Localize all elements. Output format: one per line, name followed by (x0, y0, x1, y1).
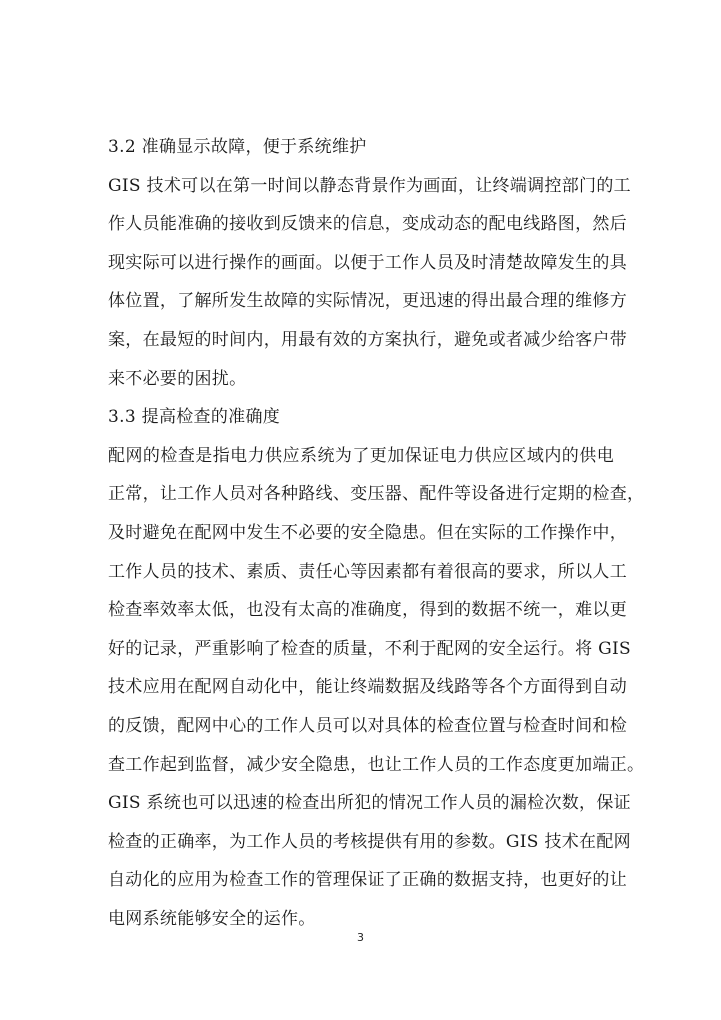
paragraph-line: 案，在最短的时间内，用最有效的方案执行，避免或者减少给客户带 (108, 321, 614, 360)
paragraph-line: 工作人员的技术、素质、责任心等因素都有着很高的要求，所以人工 (108, 553, 614, 592)
paragraph-line: 配网的检查是指电力供应系统为了更加保证电力供应区域内的供电 (108, 437, 614, 476)
paragraph-line: 现实际可以进行操作的画面。以便于工作人员及时清楚故障发生的具 (108, 244, 614, 283)
paragraph-line: 检查的正确率，为工作人员的考核提供有用的参数。GIS 技术在配网 (108, 823, 614, 862)
paragraph-line: 检查率效率太低，也没有太高的准确度，得到的数据不统一，难以更 (108, 591, 614, 630)
paragraph-line: 体位置，了解所发生故障的实际情况，更迅速的得出最合理的维修方 (108, 282, 614, 321)
paragraph-line-last: 来不必要的困扰。 (108, 360, 614, 399)
paragraph-line: GIS 技术可以在第一时间以静态背景作为画面，让终端调控部门的工 (108, 167, 614, 206)
page-number: 3 (0, 931, 721, 944)
paragraph-line: 技术应用在配网自动化中，能让终端数据及线路等各个方面得到自动 (108, 668, 614, 707)
paragraph-line: 的反馈，配网中心的工作人员可以对具体的检查位置与检查时间和检 (108, 707, 614, 746)
paragraph-line: 好的记录，严重影响了检查的质量，不利于配网的安全运行。将 GIS (108, 630, 614, 669)
section-heading-3-2: 3.2 准确显示故障，便于系统维护 (108, 128, 614, 167)
paragraph-line: 及时避免在配网中发生不必要的安全隐患。但在实际的工作操作中， (108, 514, 614, 553)
paragraph-line: GIS 系统也可以迅速的检查出所犯的情况工作人员的漏检次数，保证 (108, 784, 614, 823)
paragraph-line: 查工作起到监督，减少安全隐患，也让工作人员的工作态度更加端正。 (108, 746, 614, 785)
section-heading-3-3: 3.3 提高检查的准确度 (108, 398, 614, 437)
paragraph-line: 作人员能准确的接收到反馈来的信息，变成动态的配电线路图，然后 (108, 205, 614, 244)
document-page: 3.2 准确显示故障，便于系统维护 GIS 技术可以在第一时间以静态背景作为画面… (0, 0, 721, 1020)
paragraph-line: 正常，让工作人员对各种路线、变压器、配件等设备进行定期的检查， (108, 475, 614, 514)
paragraph-line: 自动化的应用为检查工作的管理保证了正确的数据支持，也更好的让 (108, 861, 614, 900)
page-content: 3.2 准确显示故障，便于系统维护 GIS 技术可以在第一时间以静态背景作为画面… (108, 128, 614, 938)
